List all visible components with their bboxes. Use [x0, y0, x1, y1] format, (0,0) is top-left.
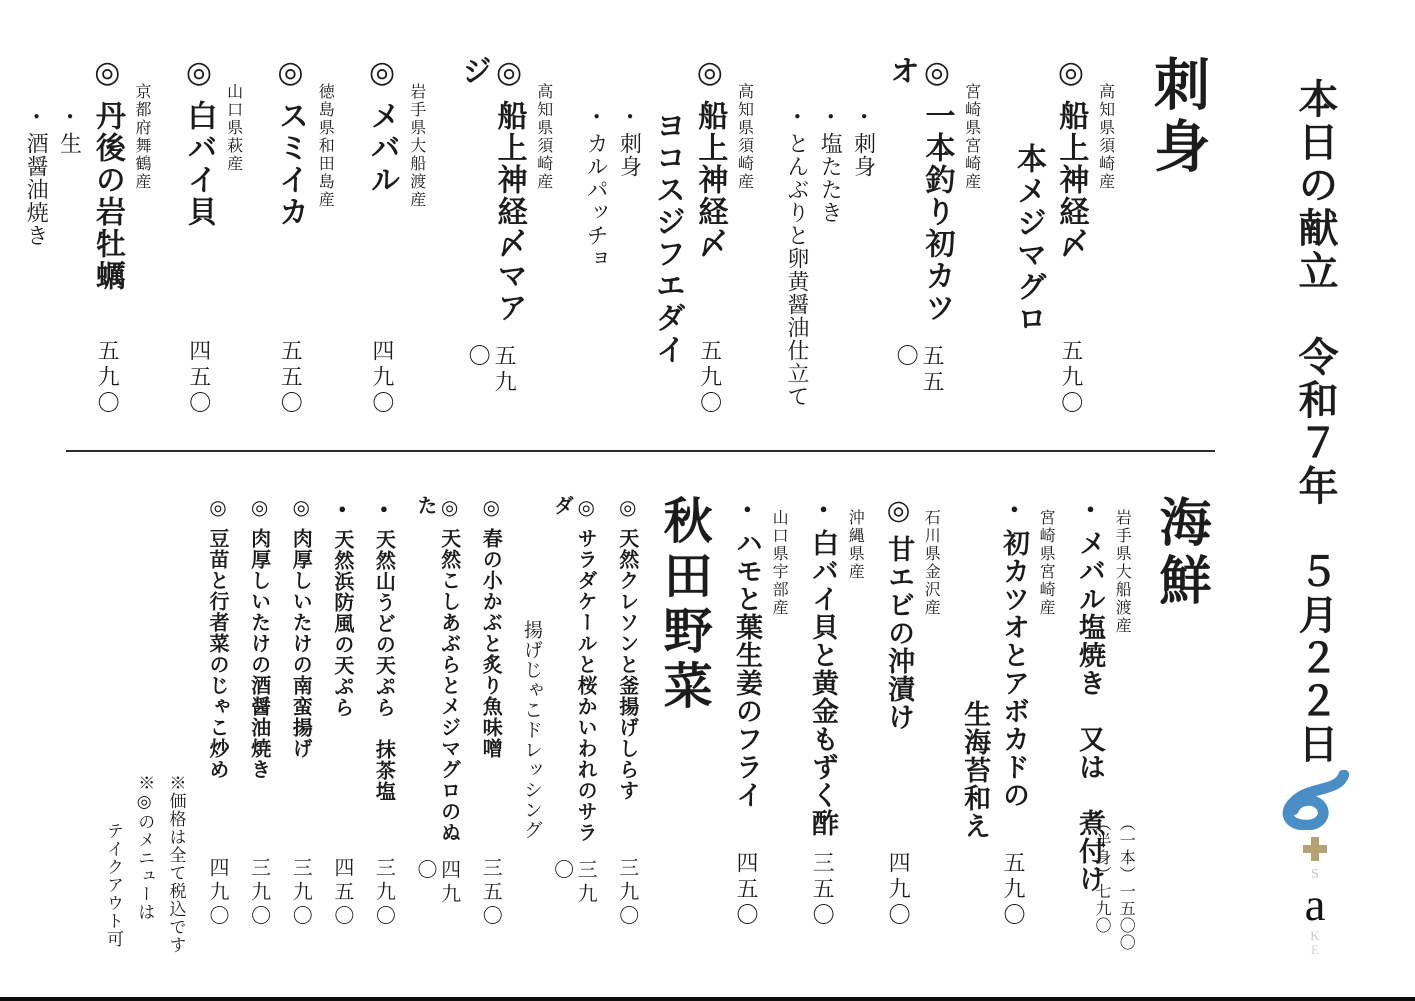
dot-marker-icon: ● — [1083, 501, 1098, 517]
restaurant-logo: S a K E — [1270, 770, 1360, 956]
menu-item-sashimi-1: 高知県須崎産 ◎船上神経〆 五九〇 本メジマグロ — [1011, 55, 1115, 417]
takeout-marker-icon: ◎ — [493, 55, 526, 92]
price: 三五〇 — [478, 857, 502, 929]
dot-marker-icon: ● — [740, 501, 755, 517]
sub-item: ●塩たたき — [817, 107, 843, 417]
takeout-marker-icon: ◎ — [479, 495, 501, 520]
dish-column: ◎天然クレソンと釜揚げしらす 三九〇 — [614, 495, 638, 929]
price: 四五〇 — [186, 339, 212, 417]
sub-item-text: 刺身 — [852, 132, 877, 178]
dish-column: ◎船上神経〆 五九〇 — [692, 55, 727, 417]
dish-text: 豆苗と行者菜のじゃこ炒め — [206, 528, 228, 780]
dish-text: サラダケールと桜かいわれのサラダ — [551, 495, 597, 843]
dish-name: ●白バイ貝と黄金もずく酢 — [806, 495, 838, 837]
logo-blue-mark-icon — [1270, 770, 1360, 830]
sub-item: ●とんぶりと卵黄醤油仕立て — [784, 107, 810, 417]
price: 三九〇 — [371, 857, 395, 929]
dish-name: ●ハモと葉生姜のフライ — [730, 495, 762, 809]
dish-name: ◎サラダケールと桜かいわれのサラダ — [549, 495, 596, 851]
dish-text: スミイカ — [274, 100, 307, 228]
dish-column: ◎白バイ貝 四五〇 — [181, 55, 216, 417]
dish-column: ◎豆苗と行者菜のじゃこ炒め 四九〇 — [204, 495, 228, 929]
takeout-marker-icon: ◎ — [206, 495, 228, 520]
sub-item: ●カルパッチョ — [583, 107, 609, 417]
sub-item-text: とんぶりと卵黄醤油仕立て — [785, 132, 810, 408]
origin-label: 高知県須崎産 — [534, 83, 553, 417]
menu-item-sashimi-6: 徳島県和田島産 ◎スミイカ 五五〇 — [273, 55, 335, 417]
dish-text: 甘エビの沖漬け — [884, 535, 914, 731]
footnote-tax: ※価格は全て税込です — [165, 774, 186, 997]
menu-item-kaisen-5: 山口県宇部産 ●ハモと葉生姜のフライ 四五〇 — [730, 495, 788, 929]
takeout-marker-icon: ◎ — [920, 55, 953, 92]
menu-item-kaisen-4: 沖縄県産 ●白バイ貝と黄金もずく酢 三五〇 — [806, 495, 864, 929]
price: 五五〇 — [277, 339, 303, 417]
menu-item-sashimi-5: 岩手県大船渡産 ◎メバル 四九〇 — [364, 55, 426, 417]
dish-name-cont: 本メジマグロ — [1011, 143, 1046, 417]
takeout-marker-icon: ◎ — [182, 55, 215, 92]
dot-marker-icon: ● — [31, 111, 42, 123]
dish-text: メバル — [366, 100, 399, 196]
footnote-takeout-line2: テイクアウト可 — [103, 822, 124, 997]
dish-column: ●白バイ貝と黄金もずく酢 三五〇 — [806, 495, 838, 929]
price: 三九〇 — [288, 857, 312, 929]
dot-marker-icon: ● — [825, 111, 836, 123]
title-column: 本日の献立 令和７年 ５月２２日 S a K E — [1215, 0, 1415, 997]
dish-name: ◎メバル — [364, 55, 399, 196]
dish-name: ◎船上神経〆 — [692, 55, 727, 260]
sub-item: 揚げじゃこドレッシング — [519, 620, 542, 929]
sub-item-text: 塩たたき — [818, 132, 843, 224]
menu-layout: 刺身 高知県須崎産 ◎船上神経〆 五九〇 本メジマグロ 宮崎県宮崎産 ◎一本釣り… — [0, 0, 1415, 997]
takeout-marker-icon: ◎ — [438, 495, 460, 520]
sub-item: ●刺身 — [850, 107, 876, 417]
origin-label: 高知県須崎産 — [734, 83, 753, 417]
takeout-marker-icon: ◎ — [616, 495, 638, 520]
price: 三五〇 — [809, 851, 835, 929]
dot-marker-icon: ● — [792, 111, 803, 123]
logo-letter-e: E — [1311, 943, 1319, 956]
menu-item-akita-6: ●天然浜防風の天ぷら 四五〇 — [329, 495, 353, 929]
dish-name: ◎船上神経〆 — [1053, 55, 1088, 260]
origin-label: 高知県須崎産 — [1095, 83, 1114, 417]
menu-content: 刺身 高知県須崎産 ◎船上神経〆 五九〇 本メジマグロ 宮崎県宮崎産 ◎一本釣り… — [0, 0, 1215, 997]
dish-text: 初カツオとアボカドの — [999, 529, 1029, 809]
page-title: 本日の献立 令和７年 ５月２２日 — [1289, 78, 1341, 768]
price-group: （一本）一五〇〇 （半身）七九〇 — [1092, 815, 1135, 951]
origin-label: 石川県金沢産 — [921, 509, 940, 929]
dish-column: ◎肉厚しいたけの酒醤油焼き 三九〇 — [246, 495, 270, 929]
dish-column: ◎メバル 四九〇 — [364, 55, 399, 417]
price: 五九〇 — [1058, 339, 1084, 417]
logo-letters: S a K E — [1305, 868, 1326, 956]
section-title-akita: 秋田野菜 — [656, 495, 712, 997]
takeout-marker-icon: ◎ — [366, 55, 399, 92]
dish-column: ◎一本釣り初カツオ 五五〇 — [884, 55, 955, 417]
menu-item-sashimi-4: 高知県須崎産 ◎船上神経〆マアジ 五九〇 — [456, 55, 553, 417]
dish-column: ●初カツオとアボカドの 五九〇 — [997, 495, 1029, 929]
dish-name: ●天然山うどの天ぷら 抹茶塩 — [371, 495, 395, 802]
dish-name: ◎一本釣り初カツオ — [884, 55, 955, 336]
price: 三九〇 — [246, 857, 270, 929]
menu-item-akita-2: ◎サラダケールと桜かいわれのサラダ 三九〇 揚げじゃこドレッシング — [519, 495, 596, 929]
takeout-marker-icon: ◎ — [248, 495, 270, 520]
menu-item-akita-5: ●天然山うどの天ぷら 抹茶塩 三九〇 — [371, 495, 395, 929]
dot-marker-icon: ● — [816, 501, 831, 517]
price-whole: （一本）一五〇〇 — [1116, 815, 1135, 951]
dish-name: ◎肉厚しいたけの南蛮揚げ — [288, 495, 312, 759]
dish-text: 丹後の岩牡蠣 — [91, 100, 124, 292]
section-title-sashimi: 刺身 — [1145, 55, 1209, 450]
origin-label: 宮崎県宮崎産 — [1036, 509, 1055, 929]
dish-column: ◎春の小かぶと炙り魚味噌 三五〇 — [478, 495, 502, 929]
dish-text: 白バイ貝 — [182, 100, 215, 228]
dish-name: ●天然浜防風の天ぷら — [329, 495, 353, 718]
menu-item-sashimi-2: 宮崎県宮崎産 ◎一本釣り初カツオ 五五〇 ●刺身 ●塩たたき ●とんぶりと卵黄醤… — [784, 55, 981, 417]
sub-item: ●刺身 — [616, 107, 642, 417]
dish-column: ◎サラダケールと桜かいわれのサラダ 三九〇 — [549, 495, 596, 929]
menu-item-akita-1: ◎天然クレソンと釜揚げしらす 三九〇 — [614, 495, 638, 929]
dot-marker-icon: ● — [859, 111, 870, 123]
dish-column: ◎肉厚しいたけの南蛮揚げ 三九〇 — [288, 495, 312, 929]
dot-marker-icon: ● — [376, 501, 391, 517]
dish-column: ◎船上神経〆マアジ 五九〇 — [456, 55, 527, 417]
dish-text: 春の小かぶと炙り魚味噌 — [479, 528, 501, 759]
section-title-kaisen: 海鮮 — [1149, 495, 1209, 997]
dish-name: ◎白バイ貝 — [181, 55, 216, 228]
price: 五九〇 — [94, 339, 120, 417]
dish-name: ●初カツオとアボカドの — [997, 495, 1029, 809]
takeout-marker-icon: ◎ — [574, 495, 596, 520]
dish-column: ◎船上神経〆 五九〇 — [1053, 55, 1088, 417]
dish-column: ●天然山うどの天ぷら 抹茶塩 三九〇 — [371, 495, 395, 929]
dish-name: ◎肉厚しいたけの酒醤油焼き — [246, 495, 270, 780]
dish-column: ●ハモと葉生姜のフライ 四五〇 — [730, 495, 762, 929]
menu-item-sashimi-7: 山口県萩産 ◎白バイ貝 四五〇 — [181, 55, 243, 417]
origin-label: 沖縄県産 — [845, 509, 864, 929]
dot-marker-icon: ● — [335, 501, 350, 517]
dish-name: ◎甘エビの沖漬け — [882, 495, 914, 731]
menu-item-kaisen-1: 岩手県大船渡産 ●メバル塩焼き 又は 煮付け （一本）一五〇〇 （半身）七九〇 — [1073, 495, 1131, 929]
footnotes: ※価格は全て税込です ※◎のメニューは テイクアウト可 — [103, 774, 187, 997]
dish-column: ◎甘エビの沖漬け 四九〇 — [882, 495, 914, 929]
dot-marker-icon: ● — [591, 111, 602, 123]
dot-marker-icon: ● — [1007, 501, 1022, 517]
takeout-marker-icon: ◎ — [884, 495, 914, 527]
logo-letter-a: a — [1305, 883, 1326, 928]
menu-item-akita-9: ◎豆苗と行者菜のじゃこ炒め 四九〇 — [204, 495, 228, 929]
sub-item-text: カルパッチョ — [584, 132, 609, 270]
price: 五九〇 — [1000, 851, 1026, 929]
takeout-marker-icon: ◎ — [289, 495, 311, 520]
dish-name: ◎春の小かぶと炙り魚味噌 — [478, 495, 502, 759]
sub-item-text: 酒醤油焼き — [24, 132, 49, 247]
price: 三九〇 — [614, 857, 638, 929]
dish-text: 天然こしあぶらとメジマグロのぬた — [414, 495, 460, 843]
price: 五五〇 — [893, 344, 945, 417]
section-sashimi: 刺身 高知県須崎産 ◎船上神経〆 五九〇 本メジマグロ 宮崎県宮崎産 ◎一本釣り… — [66, 0, 1215, 452]
price: 四九〇 — [369, 339, 395, 417]
logo-plus-icon — [1303, 837, 1327, 861]
dish-text: 天然山うどの天ぷら 抹茶塩 — [372, 529, 394, 802]
menu-item-sashimi-3: 高知県須崎産 ◎船上神経〆 五九〇 ヨコスジフエダイ ●刺身 ●カルパッチョ — [583, 55, 754, 417]
dish-column: ◎スミイカ 五五〇 — [273, 55, 308, 417]
dish-column: ◎天然こしあぶらとメジマグロのぬた 四九〇 — [412, 495, 459, 929]
dish-text: 天然クレソンと釜揚げしらす — [616, 528, 638, 801]
menu-item-akita-3: ◎春の小かぶと炙り魚味噌 三五〇 — [478, 495, 502, 929]
origin-label: 宮崎県宮崎産 — [961, 83, 980, 417]
menu-page: 刺身 高知県須崎産 ◎船上神経〆 五九〇 本メジマグロ 宮崎県宮崎産 ◎一本釣り… — [0, 0, 1415, 1001]
price: 四五〇 — [733, 851, 759, 929]
price: 四九〇 — [885, 851, 911, 929]
dish-text: 一本釣り初カツオ — [885, 55, 953, 324]
dish-text: 天然浜防風の天ぷら — [331, 529, 353, 718]
dish-name: ◎天然こしあぶらとメジマグロのぬた — [412, 495, 459, 851]
price: 五九〇 — [697, 339, 723, 417]
sub-item-text: 刺身 — [618, 132, 643, 178]
dish-text: ハモと葉生姜のフライ — [732, 529, 762, 809]
dish-name: ◎天然クレソンと釜揚げしらす — [614, 495, 638, 801]
takeout-marker-icon: ◎ — [693, 55, 726, 92]
price-half: （半身）七九〇 — [1092, 815, 1111, 951]
price: 四九〇 — [204, 857, 228, 929]
dish-name: ◎丹後の岩牡蠣 — [89, 55, 124, 292]
price: 三九〇 — [549, 859, 596, 929]
origin-label: 岩手県大船渡産 — [407, 83, 426, 417]
dish-name-cont: 生海苔和え — [958, 700, 990, 929]
footnote-takeout-line1: ※◎のメニューは — [134, 774, 155, 997]
menu-item-akita-4: ◎天然こしあぶらとメジマグロのぬた 四九〇 — [412, 495, 459, 929]
sub-item-text: 生 — [57, 132, 82, 155]
price: 四五〇 — [329, 857, 353, 929]
menu-item-akita-8: ◎肉厚しいたけの酒醤油焼き 三九〇 — [246, 495, 270, 929]
takeout-marker-icon: ◎ — [1054, 55, 1087, 92]
dish-text: 船上神経〆 — [1054, 100, 1087, 260]
dish-name: ◎スミイカ — [273, 55, 308, 228]
dish-text: 船上神経〆 — [693, 100, 726, 260]
dish-name-cont: ヨコスジフエダイ — [650, 110, 685, 417]
menu-item-sashimi-8: 京都府舞鶴産 ◎丹後の岩牡蠣 五九〇 ●生 ●酒醤油焼き — [23, 55, 151, 417]
dish-text: 船上神経〆マアジ — [457, 55, 525, 324]
menu-item-kaisen-2: 宮崎県宮崎産 ●初カツオとアボカドの 五九〇 生海苔和え — [958, 495, 1055, 929]
takeout-marker-icon: ◎ — [91, 55, 124, 92]
origin-label: 山口県萩産 — [223, 83, 242, 417]
section-bottom: 海鮮 岩手県大船渡産 ●メバル塩焼き 又は 煮付け （一本）一五〇〇 （半身）七… — [66, 452, 1215, 997]
origin-label: 山口県宇部産 — [769, 509, 788, 929]
sub-item: ●生 — [56, 107, 82, 417]
dish-text: 肉厚しいたけの南蛮揚げ — [289, 528, 311, 759]
logo-letter-k: K — [1310, 929, 1319, 942]
origin-label: 徳島県和田島産 — [315, 83, 334, 417]
dish-column: ◎丹後の岩牡蠣 五九〇 — [89, 55, 124, 417]
origin-label: 京都府舞鶴産 — [132, 83, 151, 417]
dish-name: ◎豆苗と行者菜のじゃこ炒め — [204, 495, 228, 780]
menu-item-akita-7: ◎肉厚しいたけの南蛮揚げ 三九〇 — [288, 495, 312, 929]
dish-text: 白バイ貝と黄金もずく酢 — [808, 529, 838, 837]
menu-item-kaisen-3: 石川県金沢産 ◎甘エビの沖漬け 四九〇 — [882, 495, 940, 929]
price: 四九〇 — [412, 859, 459, 929]
takeout-marker-icon: ◎ — [274, 55, 307, 92]
price: 五九〇 — [465, 344, 517, 417]
dish-name: ◎船上神経〆マアジ — [456, 55, 527, 336]
dot-marker-icon: ● — [64, 111, 75, 123]
dot-marker-icon: ● — [625, 111, 636, 123]
sub-item: ●酒醤油焼き — [23, 107, 49, 417]
dish-column: ●天然浜防風の天ぷら 四五〇 — [329, 495, 353, 929]
dish-text: 肉厚しいたけの酒醤油焼き — [248, 528, 270, 780]
